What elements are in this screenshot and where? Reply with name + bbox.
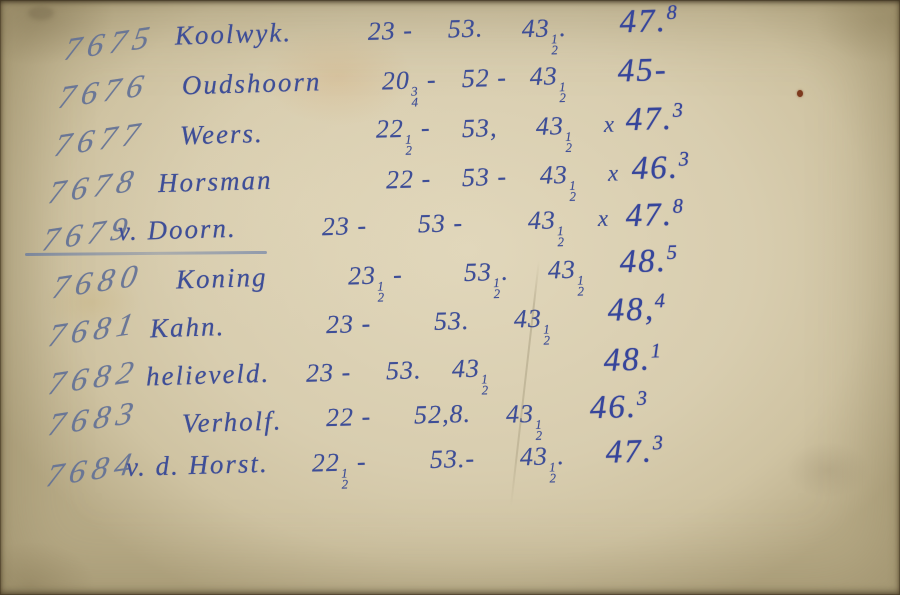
- entry-name: Weers.: [180, 118, 265, 151]
- result-value: 48.1: [603, 340, 664, 380]
- entry-name: Koolwyk.: [174, 17, 292, 51]
- entry-name: v. d. Horst.: [126, 448, 270, 483]
- result-value: 46.3: [589, 388, 650, 428]
- serial-number: 7683: [46, 393, 143, 443]
- result-value: 45-: [617, 52, 668, 90]
- measure-2: 53 -: [461, 162, 507, 193]
- measure-1: 23 -: [306, 357, 352, 388]
- red-speck: [797, 90, 803, 97]
- x-mark: x: [607, 160, 618, 186]
- result-value: 47.3: [605, 432, 666, 472]
- measure-1: 2034 -: [381, 65, 437, 109]
- result-value: 46.3: [631, 148, 692, 188]
- ledger-card: 7675 Koolwyk. 23 - 53. 4312. 47.8 7676 O…: [0, 0, 900, 595]
- measure-2: 53.-: [429, 444, 475, 475]
- entry-name: Horsman: [158, 165, 273, 199]
- measure-1: 22 -: [326, 402, 372, 433]
- measure-2: 53.: [434, 306, 470, 337]
- serial-number: 7675: [62, 18, 159, 68]
- serial-number: 7676: [56, 66, 153, 116]
- serial-number: 7680: [50, 256, 147, 306]
- measure-2: 53 -: [417, 208, 463, 239]
- serial-number: 7678: [46, 161, 143, 211]
- measure-1: 2212 -: [375, 113, 431, 157]
- result-value: 47.8: [619, 2, 680, 42]
- entry-name: Kahn.: [150, 311, 226, 344]
- measure-3: 4312: [529, 61, 568, 104]
- measure-1: 22 -: [386, 164, 432, 195]
- corner-smudge: [28, 6, 54, 20]
- measure-1: 23 -: [326, 309, 372, 340]
- measure-3: 4312.: [519, 441, 565, 484]
- result-value: 48,4: [607, 290, 668, 330]
- entry-name: Koning: [176, 262, 268, 296]
- measure-2: 52 -: [461, 63, 507, 94]
- measure-1: 23 -: [321, 211, 367, 242]
- entry-name: v. Doorn.: [118, 213, 238, 248]
- entry-name: Verholf.: [182, 405, 283, 439]
- measure-1: 2212 -: [312, 447, 368, 491]
- entry-name: Oudshoorn: [181, 66, 321, 101]
- measure-2: 53,: [461, 113, 497, 144]
- measure-2: 53.: [447, 13, 483, 44]
- result-value: 48.5: [619, 242, 680, 282]
- measure-3: 4312: [527, 205, 566, 248]
- measure-2: 53.: [386, 355, 422, 386]
- x-mark: x: [597, 206, 608, 232]
- result-value: 47.3: [625, 99, 686, 139]
- serial-number: 7681: [46, 304, 143, 354]
- result-value: 47.8: [625, 195, 686, 235]
- measure-3: 4312.: [521, 13, 567, 56]
- measure-1: 23 -: [367, 16, 413, 47]
- x-mark: x: [603, 112, 614, 138]
- entry-name: helieveld.: [146, 358, 271, 393]
- serial-number: 7677: [52, 114, 149, 164]
- measure-2: 52,8.: [414, 399, 472, 431]
